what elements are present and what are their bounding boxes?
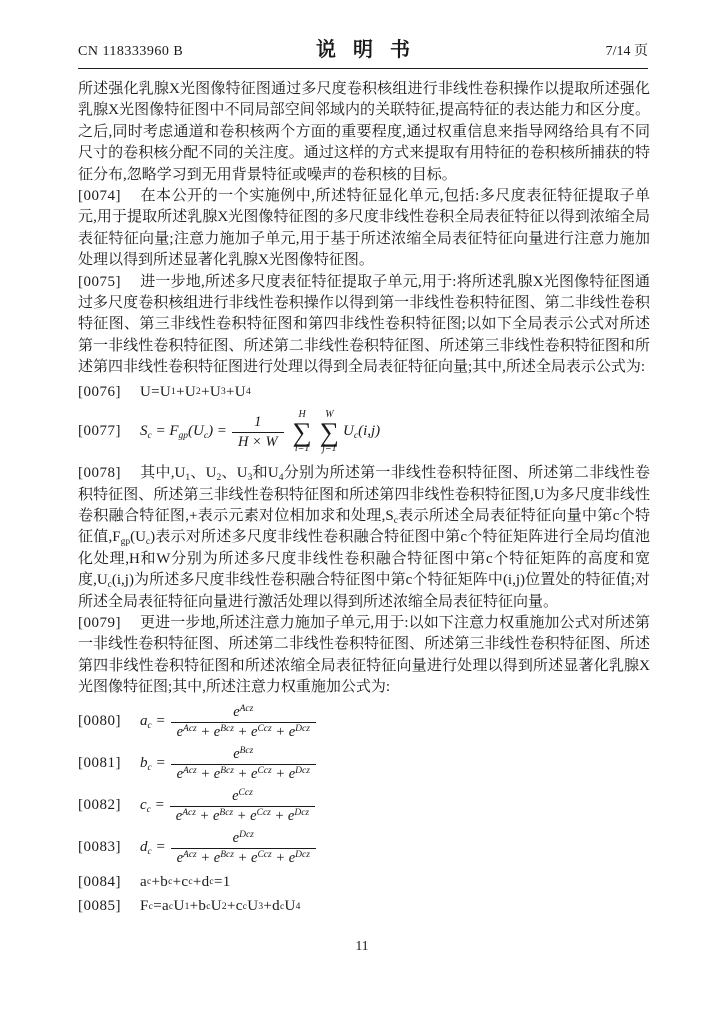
patent-number: CN 118333960 B (78, 44, 183, 60)
page-number: 11 (356, 938, 369, 953)
page-header: CN 118333960 B 说明书 7/14 页 (78, 34, 648, 64)
paragraph-tag: [0083] (78, 837, 124, 858)
summation-operator: W∑j=1 (320, 410, 339, 454)
paragraph-tag: [0082] (78, 795, 124, 816)
paragraph-tag: [0081] (78, 753, 124, 774)
formula-body: Fc=acU1+bcU2+ccU3+dcU4 (140, 896, 301, 917)
fraction: eAczeAcz + eBcz + eCcz + eDcz (171, 704, 316, 741)
document-body: 所述强化乳腺X光图像特征图通过多尺度卷积核组进行非线性卷积操作以提取所述强化乳腺… (78, 79, 650, 920)
formula-0076: [0076]U=U1+U2+U3+U4 (78, 382, 650, 403)
formula-0081: [0081]bc =eBczeAcz + eBcz + eCcz + eDcz (78, 746, 650, 783)
paragraph-tag: [0075] (78, 272, 124, 293)
formula-body: cc =eCczeAcz + eBcz + eCcz + eDcz (140, 788, 320, 825)
patent-specification-page: CN 118333960 B 说明书 7/14 页 所述强化乳腺X光图像特征图通… (0, 0, 724, 1024)
page-indicator: 7/14 页 (606, 40, 648, 60)
formula-body: Sc = Fgp(Uc) = 1H × WH∑i=1W∑j=1Uc(i,j) (140, 410, 380, 454)
paragraph-0075: [0075]进一步地,所述多尺度表征特征提取子单元,用于:将所述乳腺X光图像特征… (78, 272, 650, 379)
formula-0085: [0085]Fc=acU1+bcU2+ccU3+dcU4 (78, 896, 650, 917)
paragraph-0078: [0078]其中,U1、U2、U3和U4分别为所述第一非线性卷积特征图、所述第二… (78, 463, 650, 613)
summation-operator: H∑i=1 (293, 410, 312, 454)
page-footer: 11 (0, 938, 724, 954)
paragraph-tag: [0085] (78, 896, 124, 917)
fraction: eBczeAcz + eBcz + eCcz + eDcz (171, 746, 316, 783)
formula-body: ac =eAczeAcz + eBcz + eCcz + eDcz (140, 704, 321, 741)
paragraph-0079: [0079]更进一步地,所述注意力施加子单元,用于:以如下注意力权重施加公式对所… (78, 613, 650, 699)
paragraph-tag: [0078] (78, 463, 124, 484)
formula-0077: [0077]Sc = Fgp(Uc) = 1H × WH∑i=1W∑j=1Uc(… (78, 410, 650, 454)
formula-0084: [0084]ac+bc+cc+dc=1 (78, 872, 650, 893)
fraction: 1H × W (232, 414, 284, 451)
paragraph-tag: [0074] (78, 186, 124, 207)
formula-0080: [0080]ac =eAczeAcz + eBcz + eCcz + eDcz (78, 704, 650, 741)
formula-body: ac+bc+cc+dc=1 (140, 872, 231, 893)
document-title: 说明书 (299, 33, 427, 62)
paragraph-tag: [0076] (78, 382, 124, 403)
paragraph-0074: [0074]在本公开的一个实施例中,所述特征显化单元,包括:多尺度表征特征提取子… (78, 186, 650, 272)
formula-body: dc =eDczeAcz + eBcz + eCcz + eDcz (140, 830, 321, 867)
header-divider (78, 68, 648, 69)
paragraph-tag: [0080] (78, 711, 124, 732)
formula-body: bc =eBczeAcz + eBcz + eCcz + eDcz (140, 746, 321, 783)
formula-body: U=U1+U2+U3+U4 (140, 382, 251, 403)
paragraph-tag: [0079] (78, 613, 124, 634)
paragraph-tag: [0084] (78, 872, 124, 893)
formula-0083: [0083]dc =eDczeAcz + eBcz + eCcz + eDcz (78, 830, 650, 867)
formula-0082: [0082]cc =eCczeAcz + eBcz + eCcz + eDcz (78, 788, 650, 825)
paragraph-tag: [0077] (78, 421, 124, 442)
fraction: eCczeAcz + eBcz + eCcz + eDcz (170, 788, 315, 825)
fraction: eDczeAcz + eBcz + eCcz + eDcz (171, 830, 316, 867)
body-paragraph: 所述强化乳腺X光图像特征图通过多尺度卷积核组进行非线性卷积操作以提取所述强化乳腺… (78, 79, 650, 186)
